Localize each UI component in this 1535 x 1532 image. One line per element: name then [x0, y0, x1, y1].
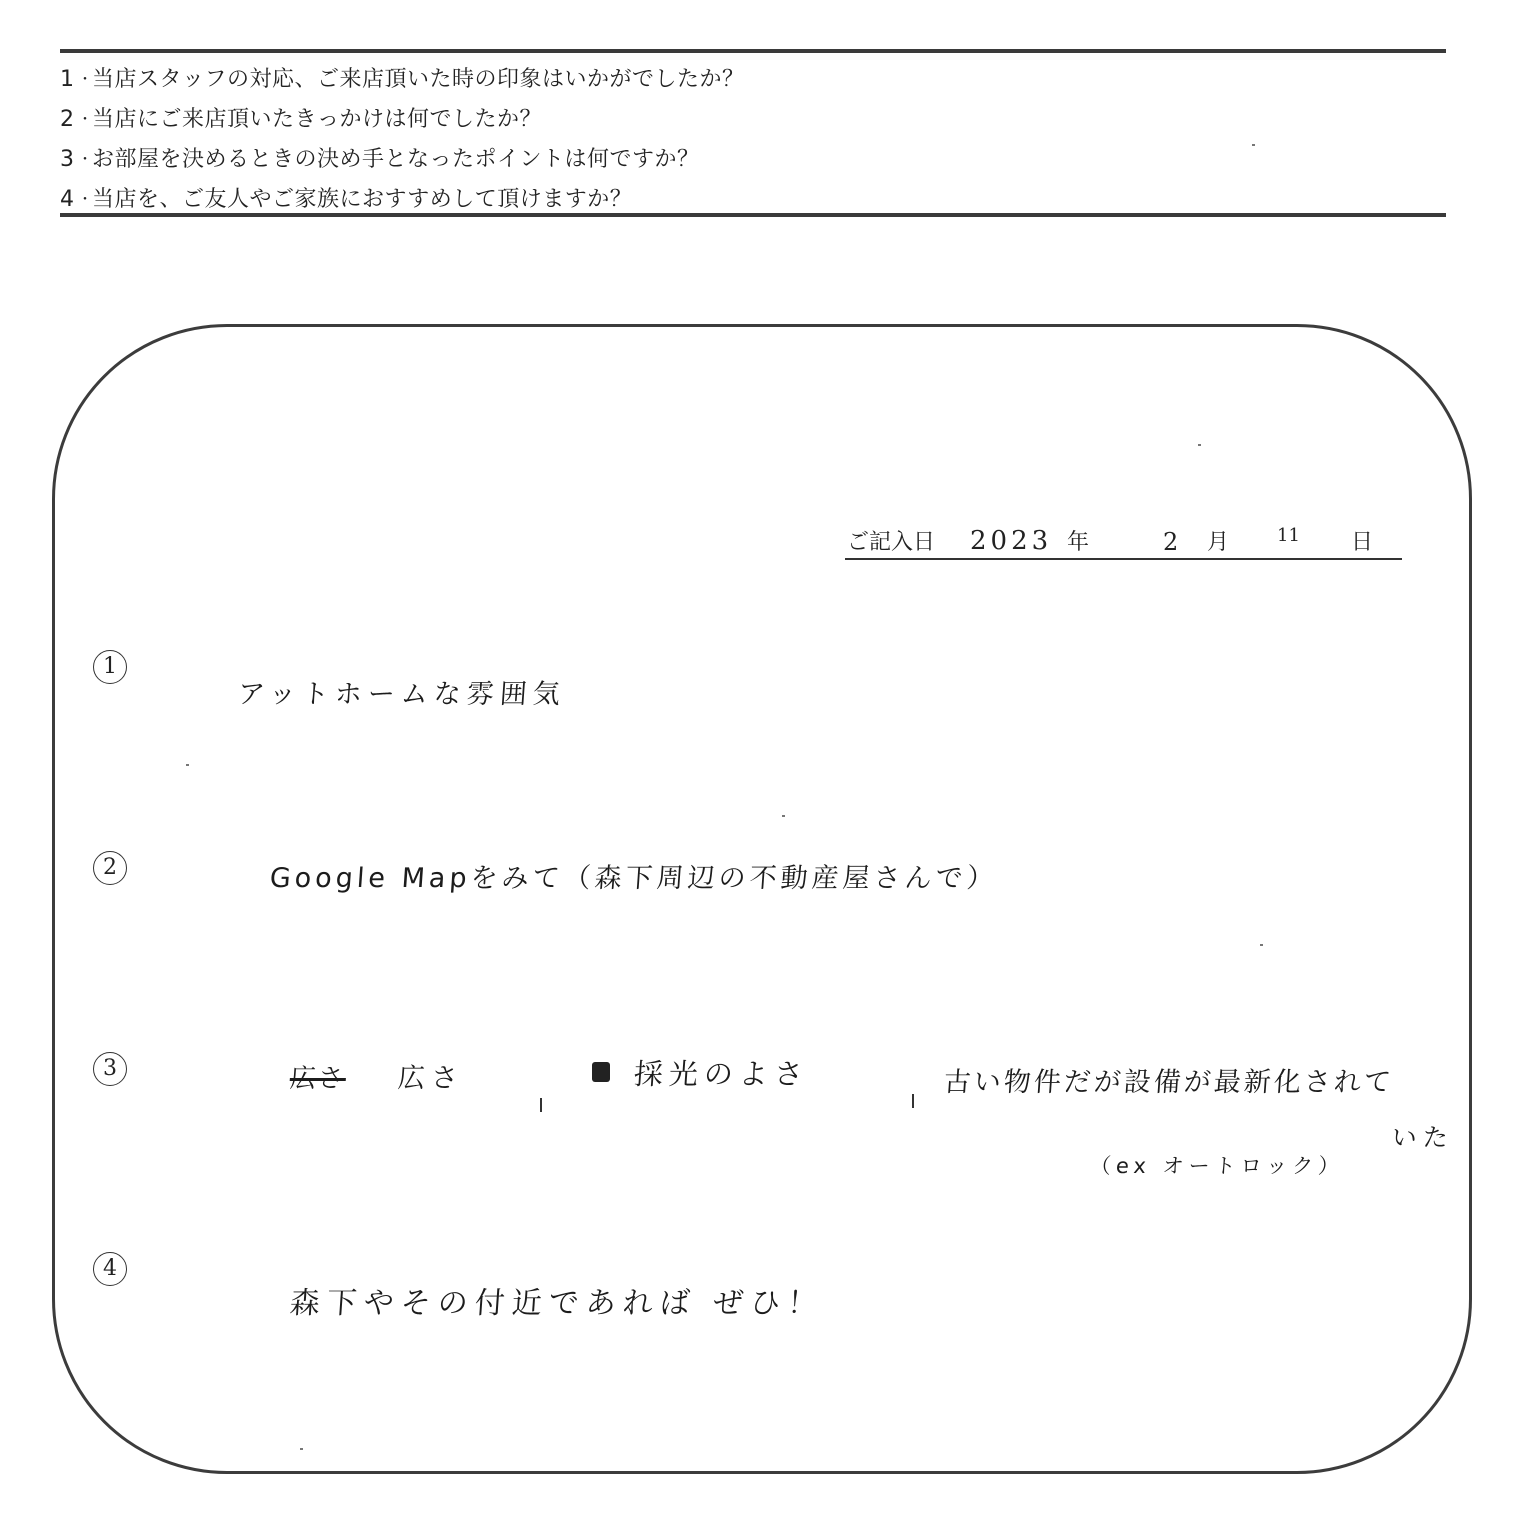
question-number: 1 [60, 60, 78, 100]
answer-3-item-3: 古い物件だが設備が最新化されて [943, 1060, 1396, 1099]
date-month: 2 [1163, 528, 1178, 556]
survey-questions: 1・当店スタッフの対応、ご来店頂いた時の印象はいかがでしたか？ 2・当店にご来店… [60, 60, 1440, 220]
date-month-unit: 月 [1207, 525, 1229, 556]
scan-speck [1198, 444, 1201, 446]
scan-speck [300, 1448, 303, 1450]
answer-3-struck-text: 広さ [289, 1058, 348, 1095]
date-day-unit: 日 [1351, 525, 1373, 556]
bullet: ・ [78, 100, 92, 140]
answer-3-item-2: 採光のよさ [633, 1052, 811, 1093]
answer-2-text: Google Mapをみて（森下周辺の不動産屋さんで） [269, 856, 1000, 895]
question-text: 当店スタッフの対応、ご来店頂いた時の印象はいかがでしたか？ [92, 67, 745, 92]
scribble-mark [592, 1062, 610, 1082]
bullet: ・ [78, 60, 92, 100]
scan-speck [186, 764, 189, 766]
scan-speck [1260, 944, 1263, 946]
question-3: 3・お部屋を決めるときの決め手となったポイントは何ですか？ [60, 140, 1440, 180]
date-label: ご記入日 [847, 525, 935, 556]
scan-speck [782, 815, 785, 817]
header-rule-bottom [60, 213, 1446, 217]
answer-marker-2: 2 [93, 851, 127, 885]
separator-mark [540, 1098, 542, 1112]
answer-marker-4: 4 [93, 1252, 127, 1286]
answer-3-continuation: いた [1391, 1118, 1456, 1154]
answer-marker-1: 1 [93, 650, 127, 684]
answer-3-example: （ex オートロック） [1089, 1150, 1345, 1180]
entry-date-line: ご記入日 2023 年 2 月 11 日 [845, 520, 1402, 560]
bullet: ・ [78, 140, 92, 180]
question-1: 1・当店スタッフの対応、ご来店頂いた時の印象はいかがでしたか？ [60, 60, 1440, 100]
answer-1-text: アットホームな雰囲気 [237, 672, 568, 711]
question-number: 3 [60, 140, 78, 180]
scan-speck [1252, 144, 1255, 146]
answer-4-text: 森下やその付近であれば ぜひ！ [288, 1278, 826, 1322]
separator-mark [912, 1094, 914, 1108]
date-day: 11 [1277, 525, 1300, 546]
answer-marker-3: 3 [93, 1052, 127, 1086]
question-text: 当店を、ご友人やご家族におすすめして頂けますか？ [92, 187, 632, 212]
date-year: 2023 [970, 526, 1052, 556]
date-year-unit: 年 [1067, 525, 1089, 556]
question-text: 当店にご来店頂いたきっかけは何でしたか？ [92, 107, 542, 132]
header-rule-top [60, 49, 1446, 53]
answer-3-item-1: 広さ [397, 1056, 466, 1095]
question-number: 2 [60, 100, 78, 140]
question-text: お部屋を決めるときの決め手となったポイントは何ですか？ [92, 147, 700, 172]
question-2: 2・当店にご来店頂いたきっかけは何でしたか？ [60, 100, 1440, 140]
